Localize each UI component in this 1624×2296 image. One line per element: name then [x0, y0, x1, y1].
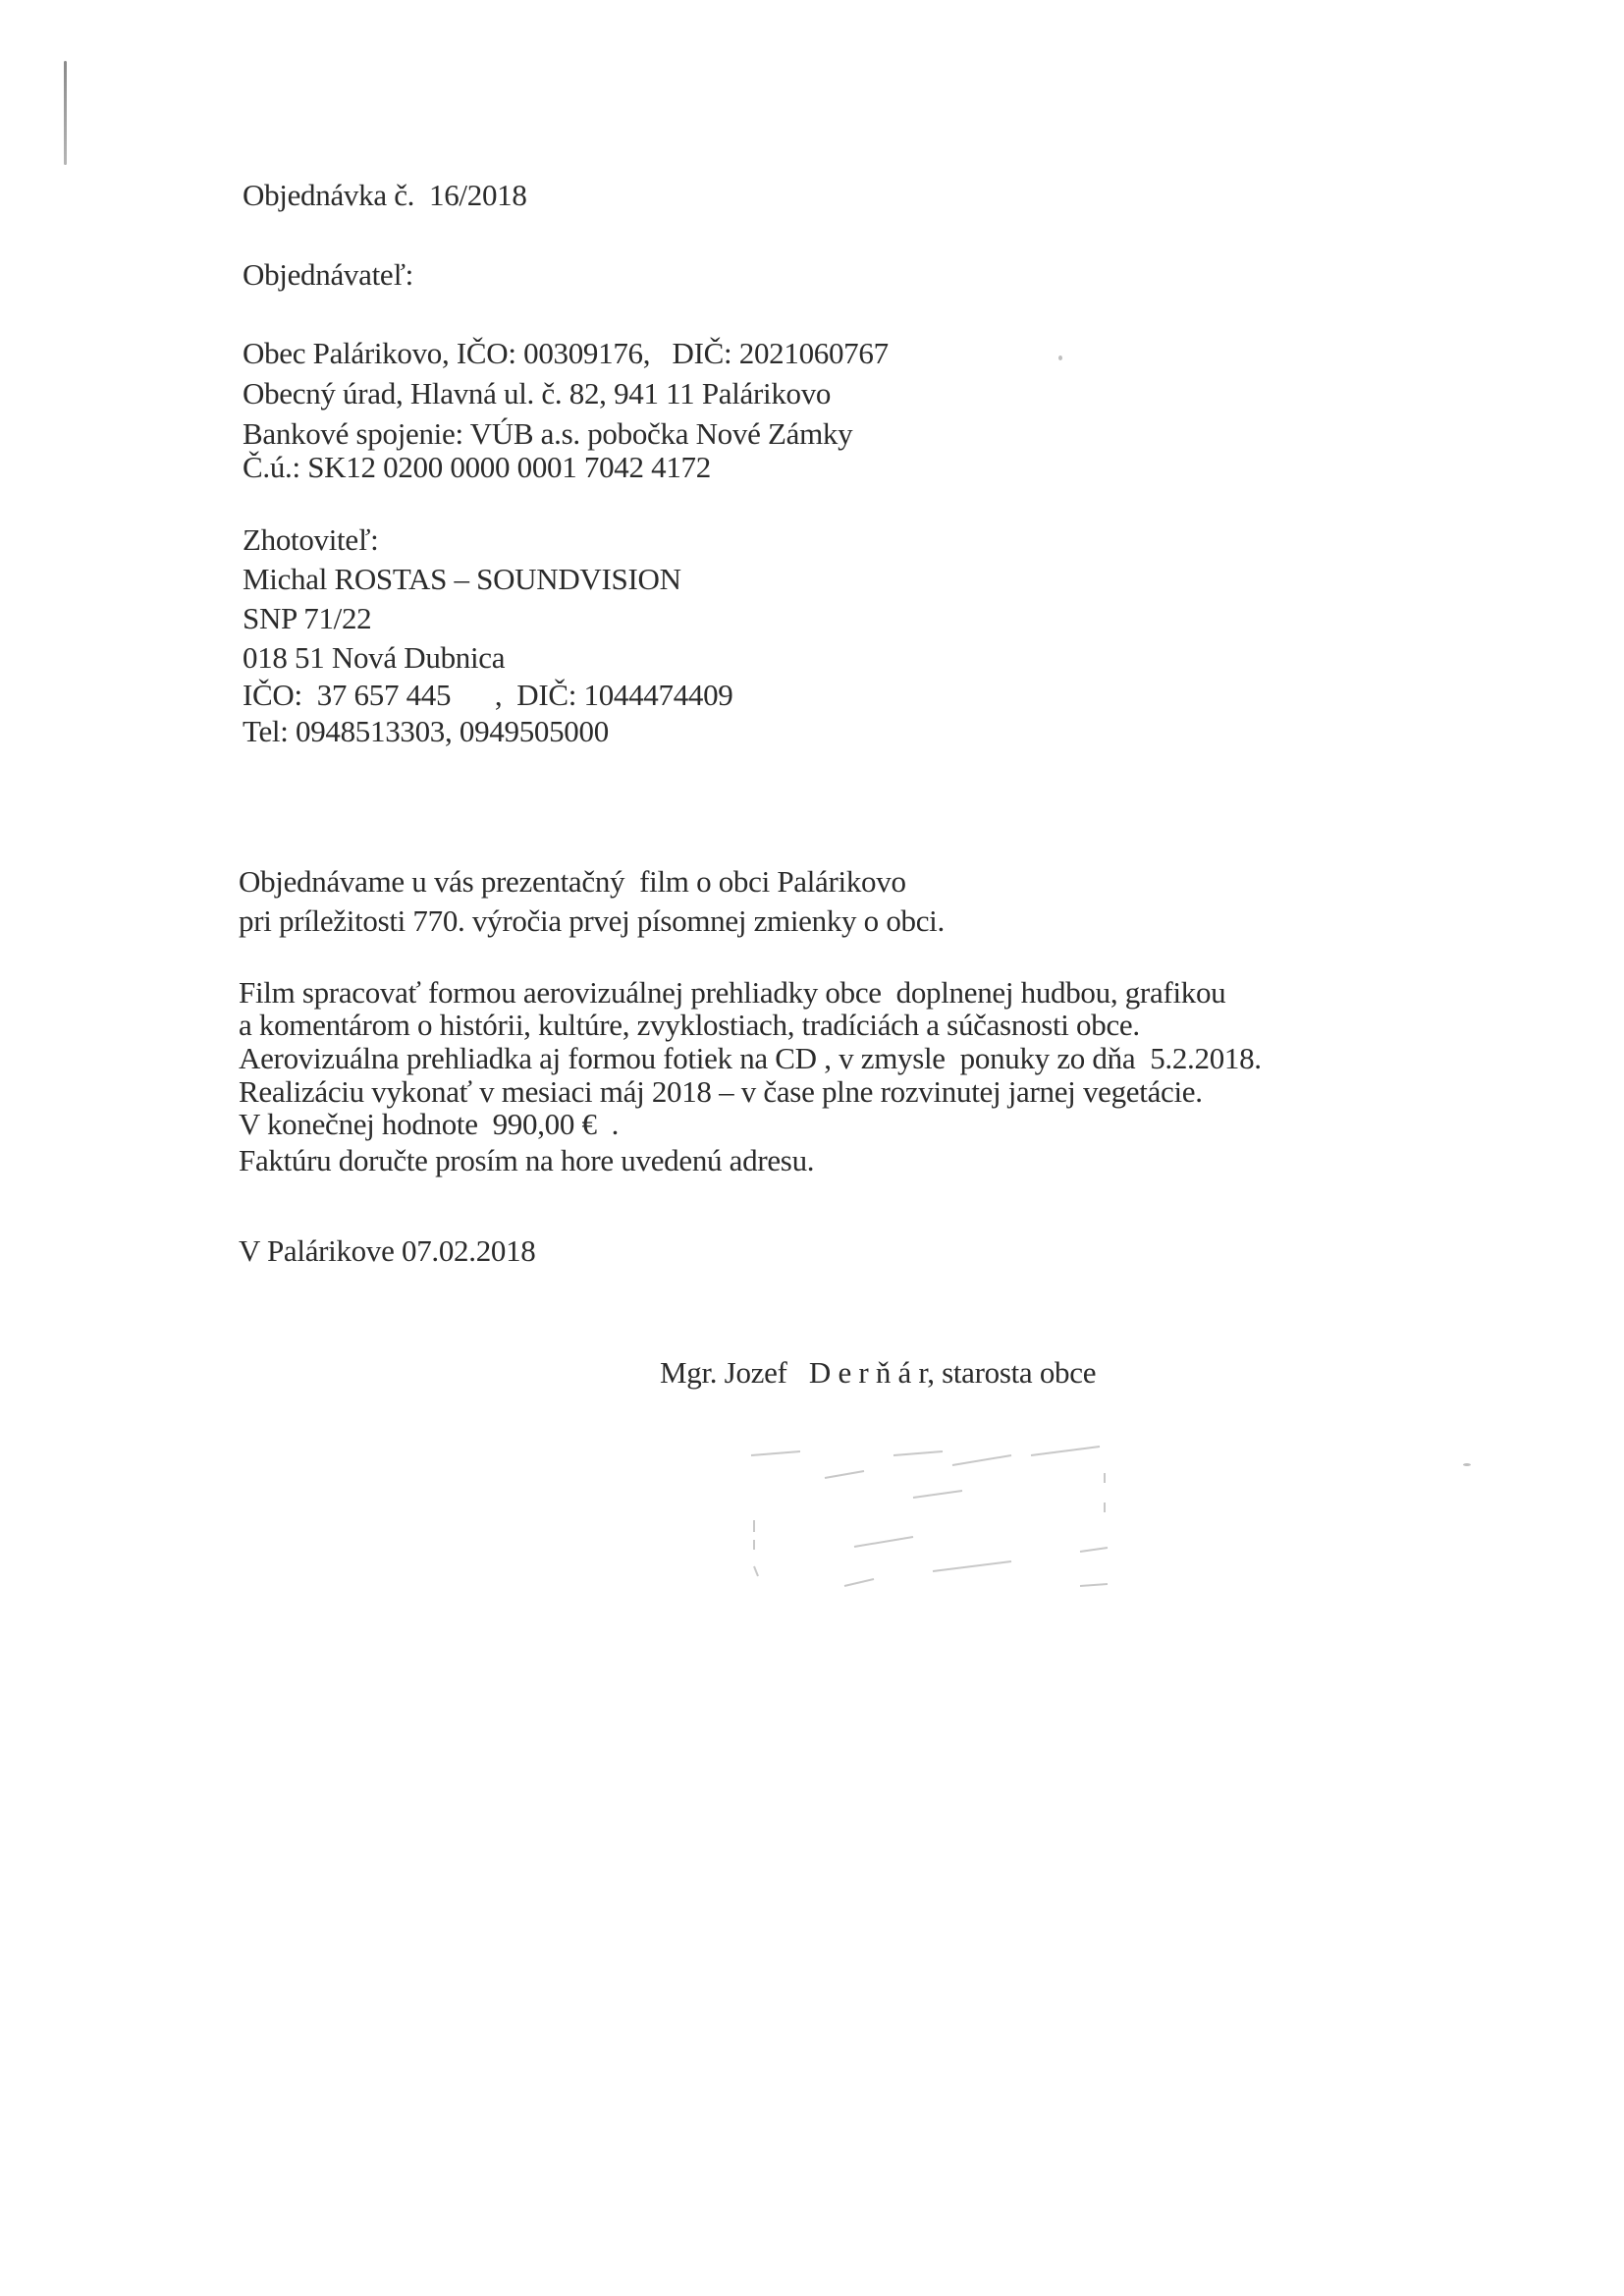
- invoice-line: Faktúru doručte prosím na hore uvedenú a…: [239, 1143, 814, 1178]
- contractor-phone: Tel: 0948513303, 0949505000: [243, 714, 609, 749]
- body-line-3: Aerovizuálna prehliadka aj formou fotiek…: [239, 1041, 1262, 1076]
- contractor-label: Zhotoviteľ:: [243, 522, 378, 558]
- contractor-name: Michal ROSTAS – SOUNDVISION: [243, 562, 681, 597]
- orderer-line-1: Obec Palárikovo, IČO: 00309176, DIČ: 202…: [243, 336, 889, 371]
- scan-speck: [1463, 1463, 1471, 1466]
- body-line-2: a komentárom o histórii, kultúre, zvyklo…: [239, 1008, 1140, 1043]
- punch-hole-scan-mark: [64, 61, 67, 165]
- orderer-line-2: Obecný úrad, Hlavná ul. č. 82, 941 11 Pa…: [243, 376, 831, 411]
- signature-line: Mgr. Jozef D e r ň á r, starosta obce: [660, 1355, 1096, 1391]
- place-and-date: V Palárikove 07.02.2018: [239, 1233, 536, 1269]
- faded-stamp-remnant: [717, 1444, 1129, 1591]
- body-line-1: Film spracovať formou aerovizuálnej preh…: [239, 975, 1225, 1011]
- orderer-line-4: Č.ú.: SK12 0200 0000 0001 7042 4172: [243, 450, 711, 485]
- price-line: V konečnej hodnote 990,00 € .: [239, 1107, 619, 1142]
- order-title: Objednávka č. 16/2018: [243, 178, 527, 213]
- orderer-line-3: Bankové spojenie: VÚB a.s. pobočka Nové …: [243, 416, 852, 452]
- orderer-label: Objednávateľ:: [243, 257, 413, 293]
- contractor-street: SNP 71/22: [243, 601, 371, 636]
- body-line-4: Realizáciu vykonať v mesiaci máj 2018 – …: [239, 1074, 1203, 1110]
- scanned-order-document: Objednávka č. 16/2018 Objednávateľ: Obec…: [0, 0, 1624, 2296]
- contractor-ids: IČO: 37 657 445 , DIČ: 1044474409: [243, 678, 733, 713]
- contractor-city: 018 51 Nová Dubnica: [243, 640, 505, 676]
- intro-line-1: Objednávame u vás prezentačný film o obc…: [239, 864, 906, 900]
- intro-line-2: pri príležitosti 770. výročia prvej píso…: [239, 903, 945, 939]
- scan-speck: [1058, 355, 1062, 360]
